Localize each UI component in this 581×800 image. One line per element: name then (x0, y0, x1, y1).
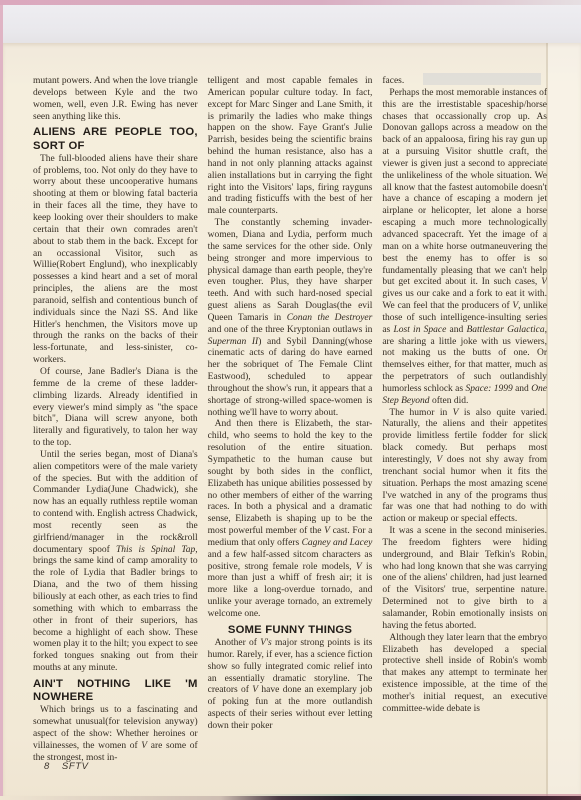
paragraph: The humor in V is also quite varied. Nat… (382, 408, 547, 526)
page-footer: 8SFTV (44, 761, 89, 772)
paragraph: Which brings us to a fascinating and som… (33, 705, 198, 764)
paragraph: Another of V's major strong points is it… (208, 638, 373, 733)
column-2: telligent and most capable females in Am… (208, 76, 373, 764)
heading-aint-nothing-like-m-nowhere: AIN'T NOTHING LIKE 'M NOWHERE (33, 678, 198, 704)
paragraph-continuation: mutant powers. And when the love triangl… (33, 76, 198, 123)
footer-page-number: 8 (44, 761, 50, 772)
magazine-page-scan: mutant powers. And when the love triangl… (0, 0, 581, 800)
paragraph: And then there is Elizabeth, the star-ch… (208, 419, 373, 620)
paragraph-continuation: telligent and most capable females in Am… (208, 76, 373, 218)
paper: mutant powers. And when the love triangl… (3, 43, 581, 796)
paragraph: Perhaps the most memorable instances of … (382, 88, 547, 408)
scan-bottom-edge (0, 796, 581, 800)
heading-aliens-are-people-too: ALIENS ARE PEOPLE TOO, SORT OF (33, 126, 198, 152)
paragraph: It was a scene in the second miniseries.… (382, 526, 547, 633)
page-edge-highlight (548, 43, 581, 796)
paragraph: Although they later learn that the embry… (382, 633, 547, 716)
footer-magazine-title: SFTV (62, 761, 89, 772)
paragraph-continuation: faces. (382, 76, 547, 88)
column-1: mutant powers. And when the love triangl… (33, 76, 198, 764)
heading-some-funny-things: SOME FUNNY THINGS (208, 624, 373, 637)
paragraph: The full-blooded aliens have their share… (33, 154, 198, 367)
page-top-margin (3, 5, 581, 43)
paragraph: Of course, Jane Badler's Diana is the fe… (33, 367, 198, 450)
column-3: faces. Perhaps the most memorable instan… (382, 76, 547, 764)
paragraph: Until the series began, most of Diana's … (33, 450, 198, 675)
paragraph: The constantly scheming invader-women, D… (208, 218, 373, 419)
article-columns: mutant powers. And when the love triangl… (33, 76, 547, 764)
